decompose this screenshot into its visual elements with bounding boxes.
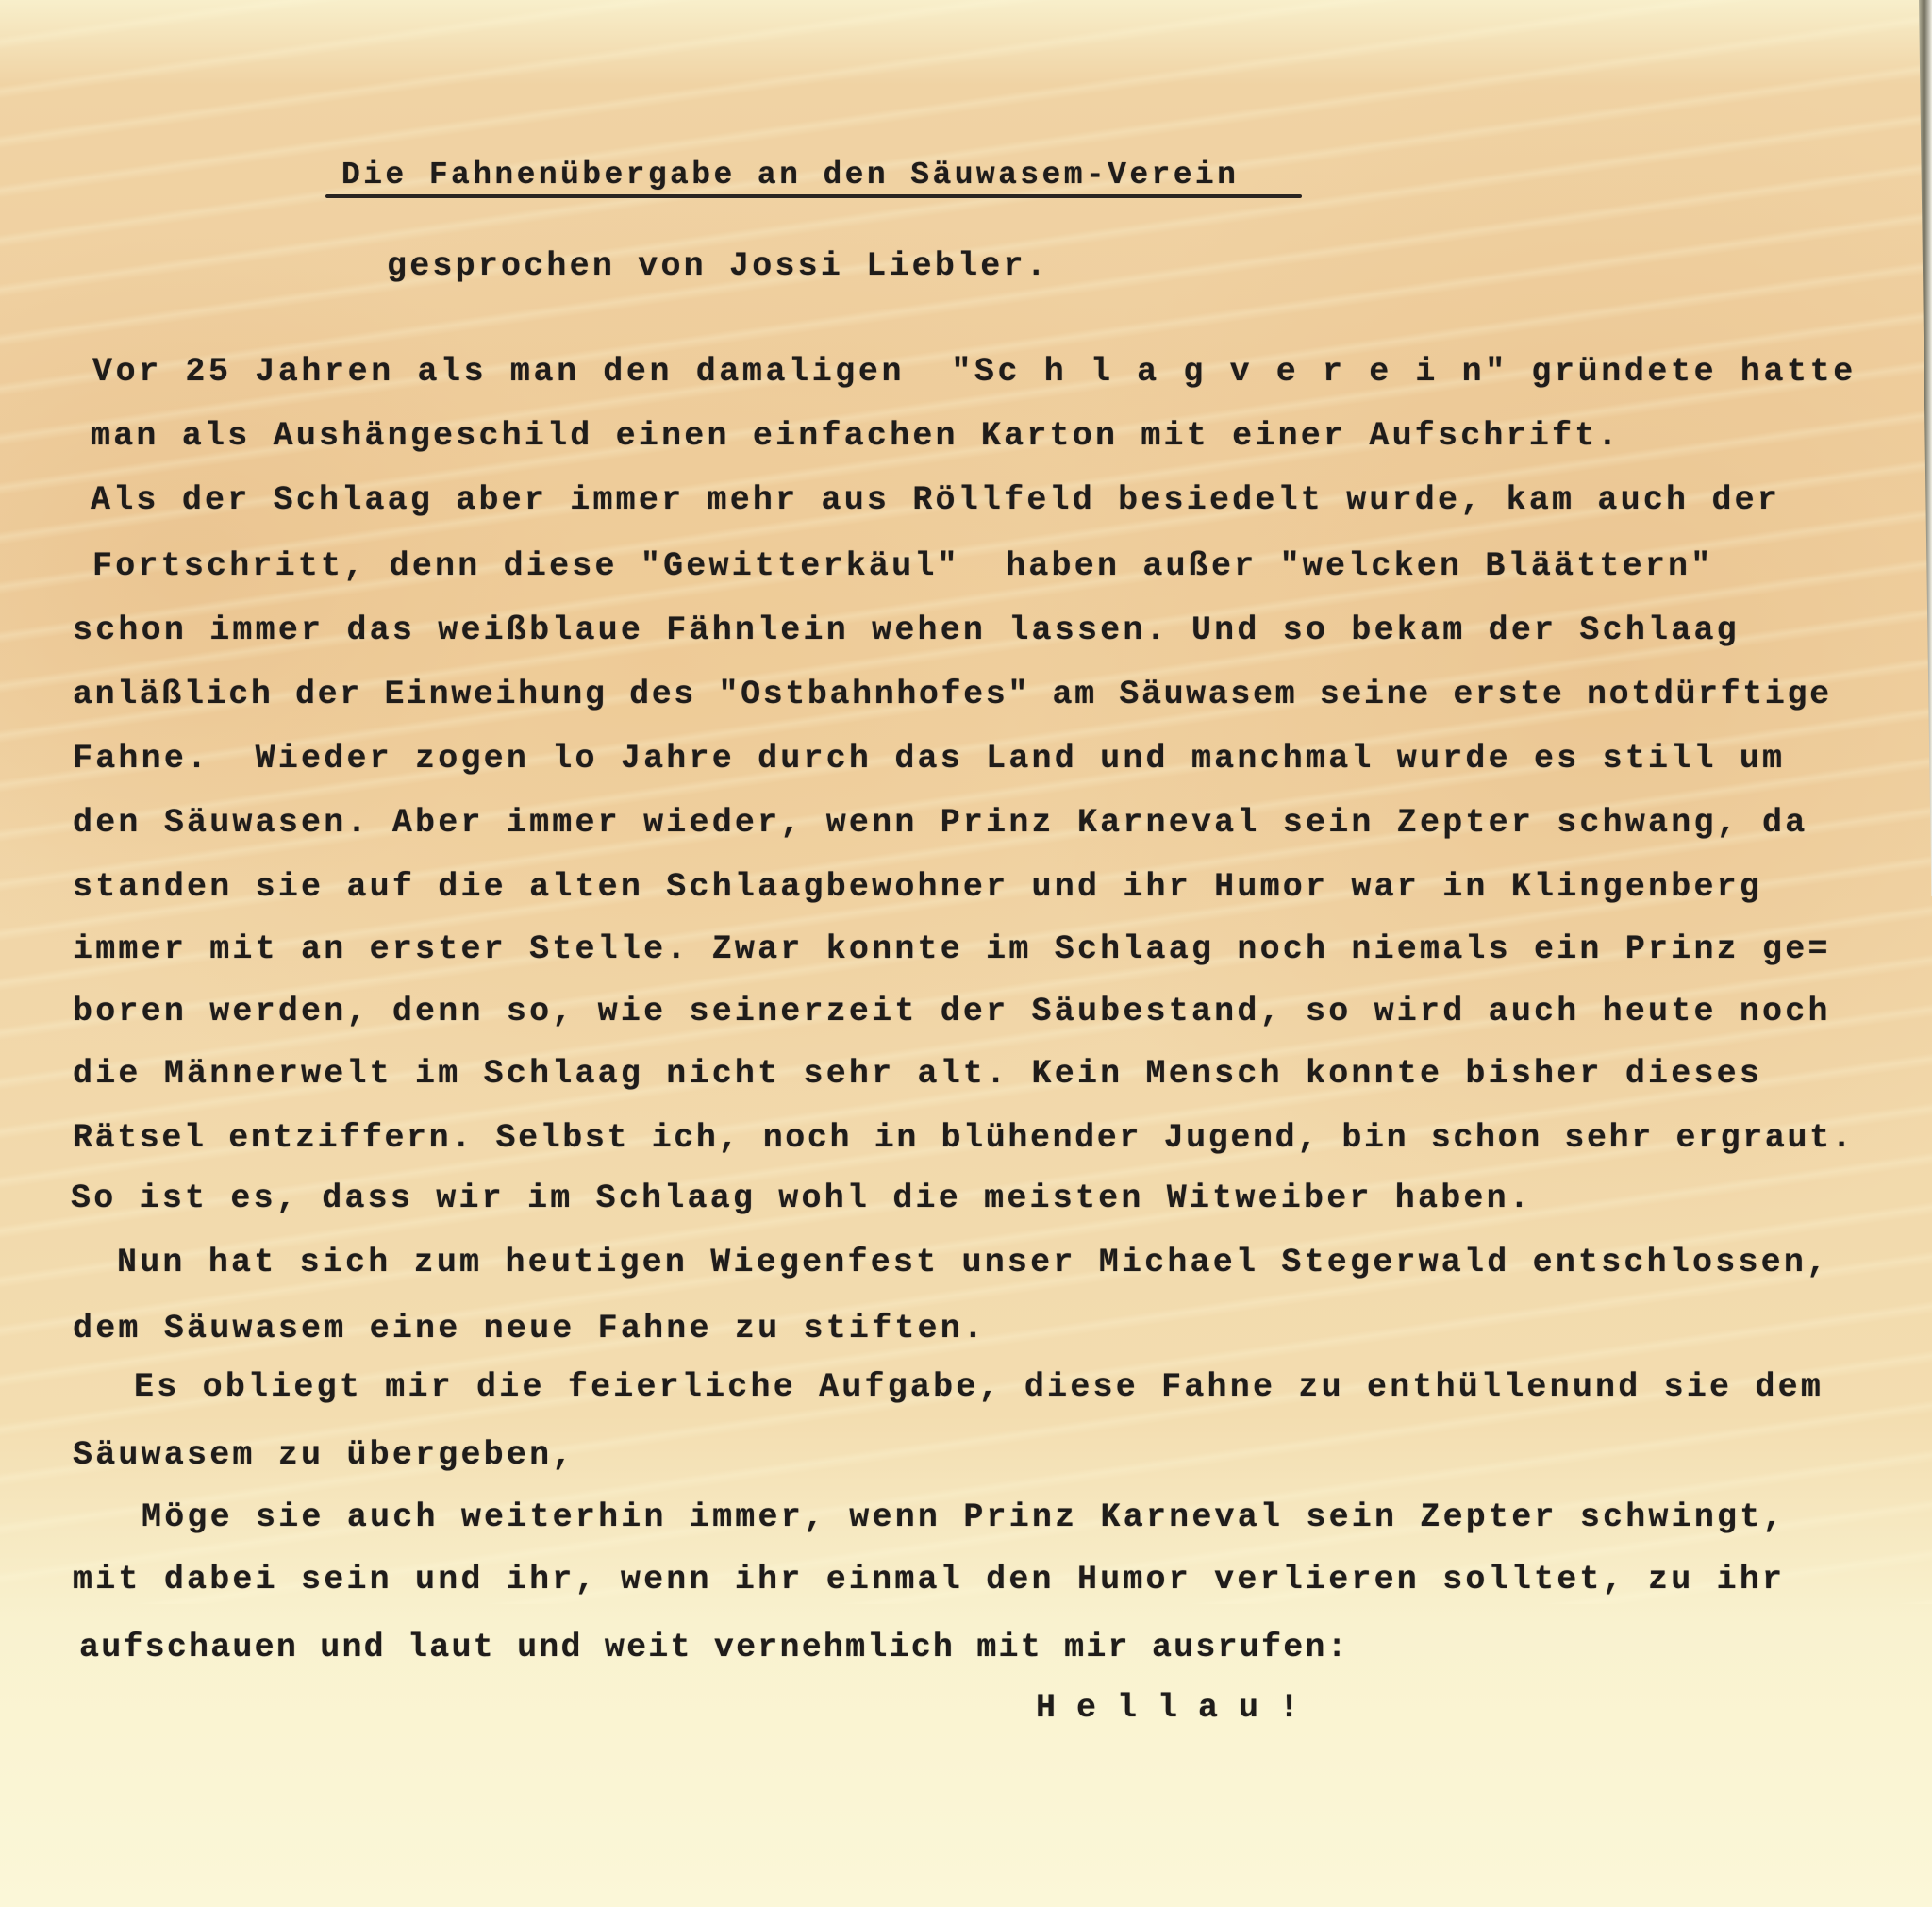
body-line: boren werden, denn so, wie seinerzeit de… [73, 993, 1831, 1030]
body-line: anläßlich der Einweihung des "Ostbahnhof… [73, 676, 1832, 713]
body-line: den Säuwasen. Aber immer wieder, wenn Pr… [73, 804, 1807, 842]
body-line: Möge sie auch weiterhin immer, wenn Prin… [142, 1498, 1786, 1536]
body-line: Rätsel entziffern. Selbst ich, noch in b… [73, 1119, 1854, 1157]
body-line: Vor 25 Jahren als man den damaligen "Sc … [92, 353, 1857, 391]
body-line: dem Säuwasem eine neue Fahne zu stiften. [73, 1310, 986, 1347]
closing-exclamation: Hellau! [1036, 1689, 1320, 1727]
body-line: schon immer das weißblaue Fähnlein wehen… [73, 611, 1740, 649]
body-line: Nun hat sich zum heutigen Wiegenfest uns… [117, 1244, 1829, 1281]
body-line: Säuwasem zu übergeben, [73, 1436, 575, 1474]
body-line: immer mit an erster Stelle. Zwar konnte … [73, 930, 1831, 968]
body-line: So ist es, dass wir im Schlaag wohl die … [71, 1179, 1532, 1217]
body-line: standen sie auf die alten Schlaagbewohne… [73, 868, 1762, 906]
body-line: Fahne. Wieder zogen lo Jahre durch das L… [73, 740, 1785, 778]
byline: gesprochen von Jossi Liebler. [387, 247, 1049, 285]
title-underline [325, 194, 1302, 198]
body-line: die Männerwelt im Schlaag nicht sehr alt… [73, 1055, 1762, 1093]
body-line: aufschauen und laut und weit vernehmlich… [79, 1629, 1349, 1666]
body-line: Als der Schlaag aber immer mehr aus Röll… [91, 481, 1780, 519]
water-stain-texture [0, 0, 1932, 1604]
body-line: Es obliegt mir die feierliche Aufgabe, d… [134, 1368, 1824, 1406]
document-title: Die Fahnenübergabe an den Säuwasem-Verei… [341, 157, 1239, 194]
body-line: man als Aushängeschild einen einfachen K… [91, 417, 1621, 455]
body-line: mit dabei sein und ihr, wenn ihr einmal … [73, 1561, 1785, 1598]
body-line: Fortschritt, denn diese "Gewitterkäul" h… [92, 547, 1713, 585]
